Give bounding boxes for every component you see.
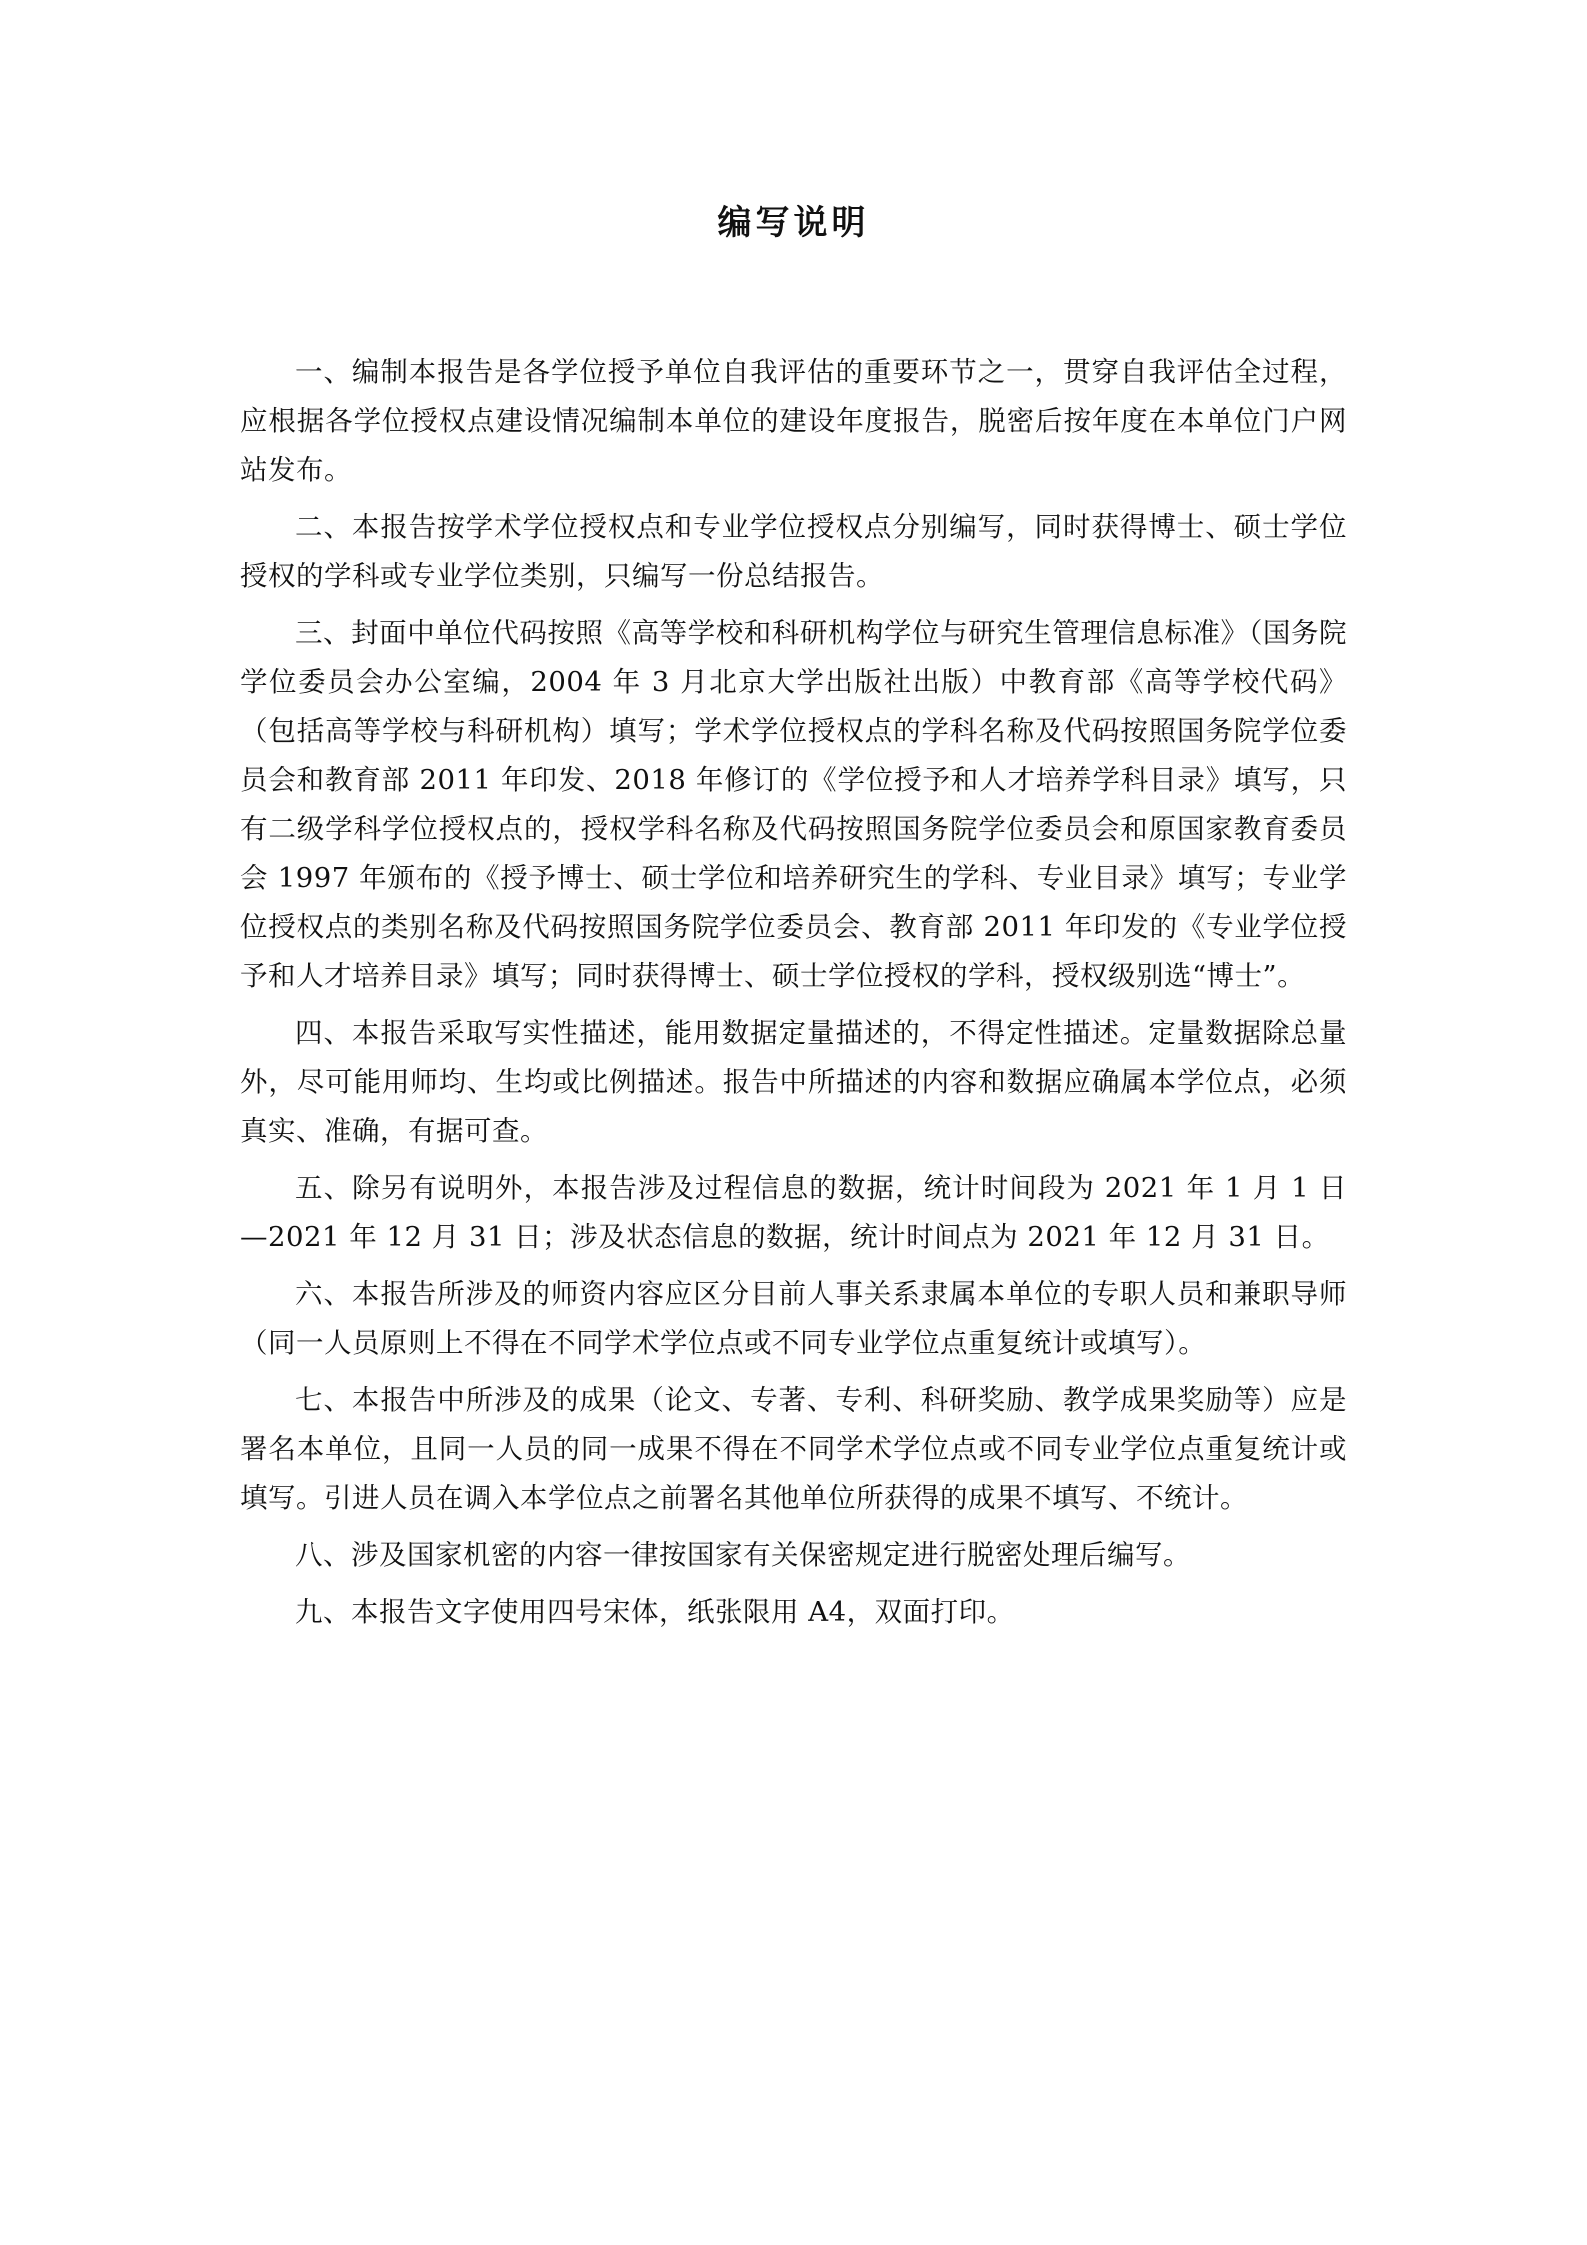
page-title: 编写说明 [0, 195, 1587, 244]
instruction-paragraph-2: 二、本报告按学术学位授权点和专业学位授权点分别编写，同时获得博士、硕士学位授权的… [240, 503, 1347, 601]
instruction-paragraph-6: 六、本报告所涉及的师资内容应区分目前人事关系隶属本单位的专职人员和兼职导师（同一… [240, 1270, 1347, 1368]
instruction-paragraph-3: 三、封面中单位代码按照《高等学校和科研机构学位与研究生管理信息标准》（国务院学位… [240, 609, 1347, 1001]
instructions-body: 一、编制本报告是各学位授予单位自我评估的重要环节之一，贯穿自我评估全过程，应根据… [240, 348, 1347, 1637]
instruction-paragraph-1: 一、编制本报告是各学位授予单位自我评估的重要环节之一，贯穿自我评估全过程，应根据… [240, 348, 1347, 495]
instruction-paragraph-7: 七、本报告中所涉及的成果（论文、专著、专利、科研奖励、教学成果奖励等）应是署名本… [240, 1376, 1347, 1523]
instruction-paragraph-8: 八、涉及国家机密的内容一律按国家有关保密规定进行脱密处理后编写。 [240, 1531, 1347, 1580]
document-page: 编写说明 一、编制本报告是各学位授予单位自我评估的重要环节之一，贯穿自我评估全过… [0, 0, 1587, 2245]
instruction-paragraph-5: 五、除另有说明外，本报告涉及过程信息的数据，统计时间段为 2021 年 1 月 … [240, 1164, 1347, 1262]
instruction-paragraph-9: 九、本报告文字使用四号宋体，纸张限用 A4，双面打印。 [240, 1588, 1347, 1637]
instruction-paragraph-4: 四、本报告采取写实性描述，能用数据定量描述的，不得定性描述。定量数据除总量外，尽… [240, 1009, 1347, 1156]
